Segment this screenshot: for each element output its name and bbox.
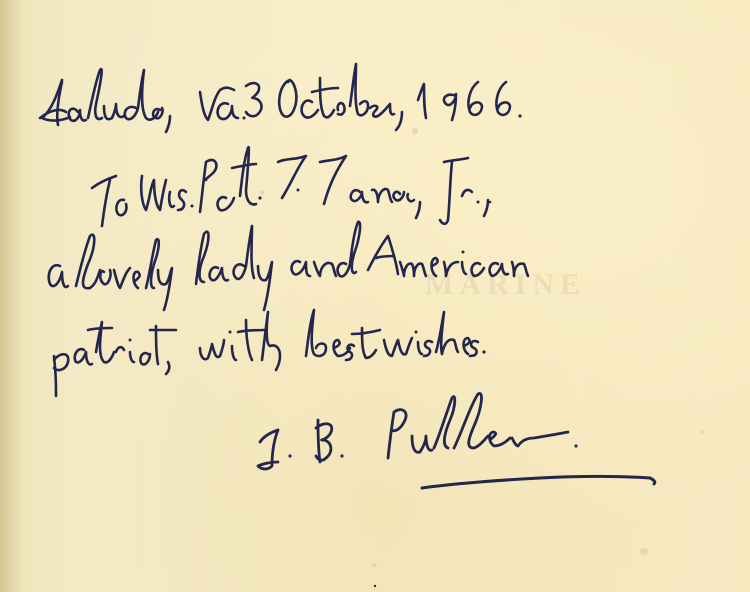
handwriting-ink [0, 0, 750, 592]
line-2-handwriting [92, 147, 491, 226]
ink-mark [374, 585, 376, 587]
line-3-handwriting [49, 222, 528, 310]
book-page: MARINE [0, 0, 750, 592]
line-1-handwriting [40, 64, 522, 132]
signature-handwriting [258, 393, 655, 488]
line-4-handwriting [54, 310, 486, 396]
